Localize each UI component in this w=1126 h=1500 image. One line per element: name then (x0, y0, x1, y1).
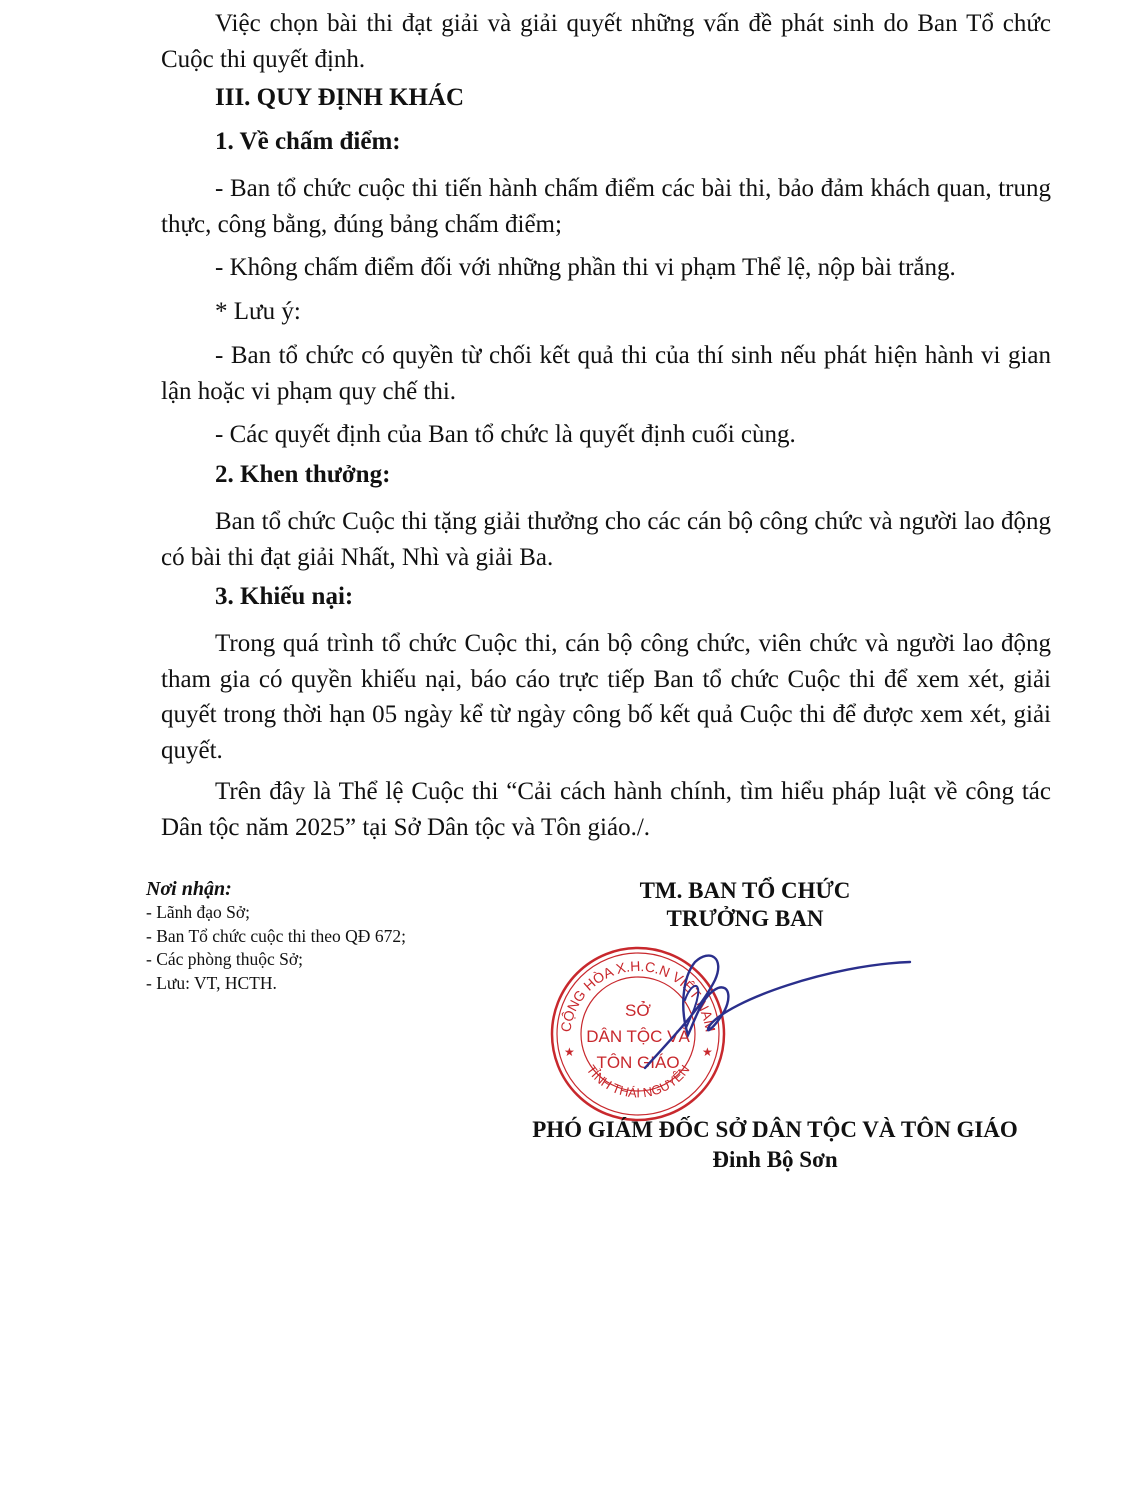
signature-header: TM. BAN TỔ CHỨC TRƯỞNG BAN (560, 877, 930, 933)
note-paragraph-2: - Các quyết định của Ban tổ chức là quyế… (161, 417, 1051, 453)
subsection-heading-scoring: 1. Về chấm điểm: (215, 128, 401, 156)
subsection-heading-complaints: 3. Khiếu nại: (215, 583, 353, 611)
svg-text:★: ★ (564, 1045, 575, 1059)
signature-footer: PHÓ GIÁM ĐỐC SỞ DÂN TỘC VÀ TÔN GIÁO Đinh… (500, 1115, 1050, 1175)
recipient-item: - Lãnh đạo Sở; (146, 901, 406, 925)
intro-paragraph: Việc chọn bài thi đạt giải và giải quyết… (161, 6, 1051, 77)
recipient-item: - Ban Tổ chức cuộc thi theo QĐ 672; (146, 925, 406, 949)
scoring-paragraph-1: - Ban tổ chức cuộc thi tiến hành chấm đi… (161, 171, 1051, 242)
rewards-paragraph: Ban tổ chức Cuộc thi tặng giải thưởng ch… (161, 504, 1051, 575)
note-label: * Lưu ý: (161, 294, 1051, 330)
document-page: Việc chọn bài thi đạt giải và giải quyết… (0, 0, 1126, 1500)
recipients-title: Nơi nhận: (146, 877, 406, 901)
note-paragraph-1: - Ban tổ chức có quyền từ chối kết quả t… (161, 338, 1051, 409)
signer-role: TRƯỞNG BAN (560, 905, 930, 933)
section-title: III. QUY ĐỊNH KHÁC (215, 84, 464, 112)
on-behalf-label: TM. BAN TỔ CHỨC (560, 877, 930, 905)
recipient-item: - Các phòng thuộc Sở; (146, 948, 406, 972)
recipients-block: Nơi nhận: - Lãnh đạo Sở; - Ban Tổ chức c… (146, 877, 406, 995)
scoring-paragraph-2: - Không chấm điểm đối với những phần thi… (161, 250, 1051, 286)
recipient-item: - Lưu: VT, HCTH. (146, 972, 406, 996)
handwritten-signature-icon (640, 940, 915, 1080)
closing-paragraph: Trên đây là Thể lệ Cuộc thi “Cải cách hà… (161, 774, 1051, 845)
complaints-paragraph: Trong quá trình tổ chức Cuộc thi, cán bộ… (161, 626, 1051, 768)
signer-name: Đinh Bộ Sơn (500, 1145, 1050, 1175)
subsection-heading-rewards: 2. Khen thưởng: (215, 461, 390, 489)
signer-position: PHÓ GIÁM ĐỐC SỞ DÂN TỘC VÀ TÔN GIÁO (500, 1115, 1050, 1145)
